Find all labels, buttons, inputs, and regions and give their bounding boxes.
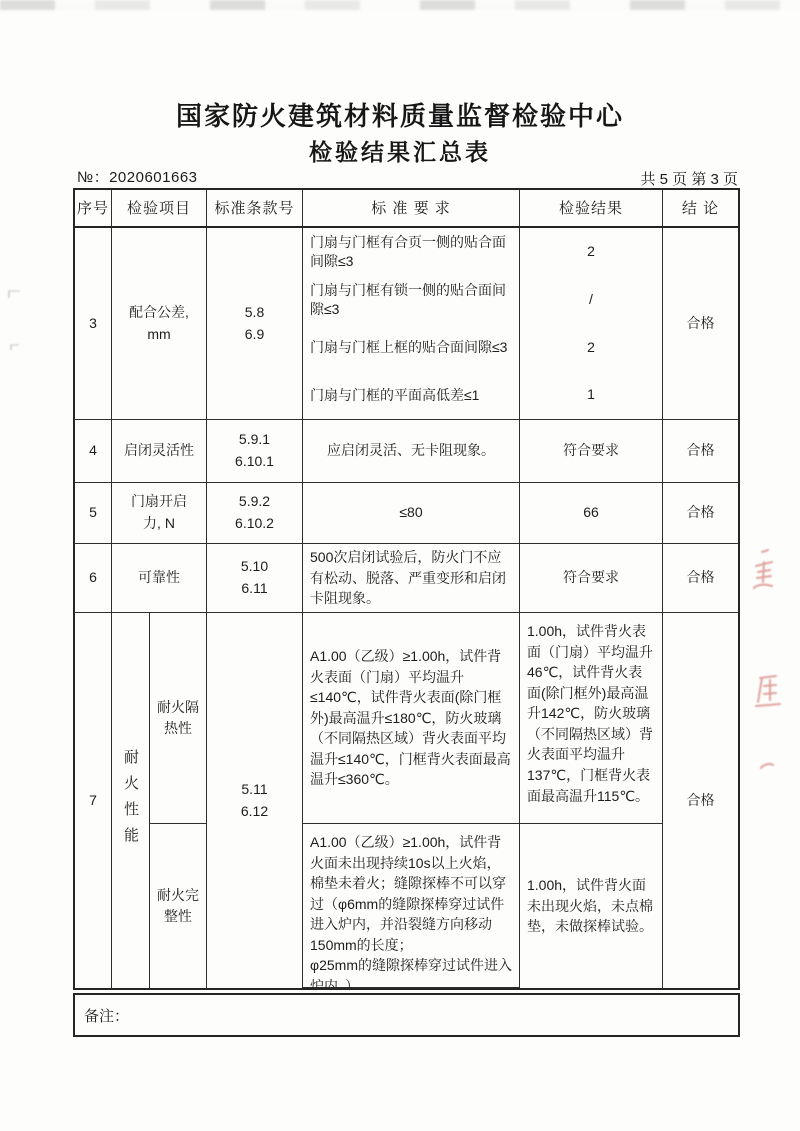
- row7-group-item: 耐火性能: [112, 613, 150, 988]
- document-title: 检验结果汇总表: [0, 134, 800, 167]
- header-conclusion: 结 论: [663, 190, 738, 228]
- header-inspection-item: 检验项目: [112, 190, 207, 228]
- row5-item: 门扇开启 力, N: [112, 483, 207, 544]
- row5-clause: 5.9.2 6.10.2: [207, 483, 303, 544]
- scan-artifact-top: [0, 0, 800, 10]
- row6-clause-line1: 5.10: [241, 556, 268, 578]
- row5-clause-line2: 6.10.2: [235, 513, 274, 535]
- row7-requirement-insulation: A1.00（乙级）≥1.00h，试件背火表面（门扇）平均温升≤140℃，试件背火…: [303, 613, 520, 824]
- organization-title: 国家防火建筑材料质量监督检验中心: [0, 96, 800, 133]
- row3-requirement-1: 门扇与门框有合页一侧的贴合面间隙≤3: [303, 228, 519, 276]
- row3-item-line2: mm: [147, 324, 170, 346]
- row4-requirement: 应启闭灵活、无卡阻现象。: [303, 420, 520, 483]
- row7-clause-line2: 6.12: [241, 801, 268, 823]
- row7-result-insulation: 1.00h，试件背火表面（门扇）平均温升46℃，试件背火表面(除门框外)最高温升…: [520, 613, 663, 824]
- row3-result-1: 2: [520, 228, 662, 276]
- row3-clause-line1: 5.8: [245, 302, 264, 324]
- header-inspection-result: 检验结果: [520, 190, 663, 228]
- stamp-fragment-icon: [750, 672, 786, 728]
- row6-requirement: 500次启闭试验后，防火门不应有松动、脱落、严重变形和启闭卡阻现象。: [303, 544, 520, 613]
- row4-item: 启闭灵活性: [112, 420, 207, 483]
- row7-subitem-integrity: 耐火完整性: [150, 824, 207, 988]
- row3-clause: 5.8 6.9: [207, 228, 303, 420]
- row3-requirements: 门扇与门框有合页一侧的贴合面间隙≤3 门扇与门框有锁一侧的贴合面间隙≤3 门扇与…: [303, 228, 520, 420]
- row3-clause-line2: 6.9: [245, 324, 264, 346]
- row3-results: 2 / 2 1: [520, 228, 663, 420]
- row3-conclusion: 合格: [663, 228, 738, 420]
- row4-clause-line1: 5.9.1: [239, 429, 270, 451]
- row6-conclusion: 合格: [663, 544, 738, 613]
- row3-result-3: 2: [520, 324, 662, 372]
- row3-item: 配合公差, mm: [112, 228, 207, 420]
- row6-item: 可靠性: [112, 544, 207, 613]
- row7-subitem-insulation: 耐火隔热性: [150, 613, 207, 824]
- remark-box: 备注：: [73, 993, 740, 1037]
- header-standard-requirement: 标 准 要 求: [303, 190, 520, 228]
- row4-conclusion: 合格: [663, 420, 738, 483]
- row6-clause: 5.10 6.11: [207, 544, 303, 613]
- row7-result-integrity: 1.00h，试件背火面未出现火焰，未点棉垫，未做探棒试验。: [520, 824, 663, 988]
- row5-clause-line1: 5.9.2: [239, 491, 270, 513]
- row5-requirement: ≤80: [303, 483, 520, 544]
- row3-result-4: 1: [520, 371, 662, 419]
- row4-result: 符合要求: [520, 420, 663, 483]
- row7-requirement-integrity: A1.00（乙级）≥1.00h，试件背火面未出现持续10s以上火焰，棉垫未着火；…: [303, 824, 520, 988]
- stamp-fragment-icon: [748, 548, 782, 612]
- page-counter: 共 5 页 第 3 页: [0, 168, 738, 189]
- scanned-report-page: 国家防火建筑材料质量监督检验中心 检验结果汇总表 №：2020601663 共 …: [0, 0, 800, 1131]
- header-serial-no: 序号: [75, 190, 112, 228]
- row5-serial: 5: [75, 483, 112, 544]
- row7-clause: 5.11 6.12: [207, 613, 303, 988]
- row5-item-line2: 力, N: [143, 513, 175, 535]
- results-table: 序号 检验项目 标准条款号 标 准 要 求 检验结果 结 论 3 配合公差, m…: [73, 188, 740, 990]
- row6-result: 符合要求: [520, 544, 663, 613]
- row7-group-label: 耐火性能: [120, 749, 141, 853]
- remark-label: 备注：: [84, 1005, 129, 1026]
- row7-req2-part1: A1.00（乙级）≥1.00h，试件背火面未出现持续10s以上火焰，棉垫未着火；…: [310, 832, 512, 955]
- row7-conclusion: 合格: [663, 613, 738, 988]
- row7-clause-line1: 5.11: [241, 779, 267, 801]
- row3-serial: 3: [75, 228, 112, 420]
- row5-result: 66: [520, 483, 663, 544]
- row3-requirement-4: 门扇与门框的平面高低差≤1: [303, 371, 519, 419]
- row6-serial: 6: [75, 544, 112, 613]
- row3-requirement-3: 门扇与门框上框的贴合面间隙≤3: [303, 324, 519, 372]
- row4-clause: 5.9.1 6.10.1: [207, 420, 303, 483]
- row5-conclusion: 合格: [663, 483, 738, 544]
- scan-artifact-left-2: [10, 344, 19, 350]
- header-standard-clause: 标准条款号: [207, 190, 303, 228]
- row4-clause-line2: 6.10.1: [235, 451, 274, 473]
- stamp-fragment-icon: [758, 756, 776, 774]
- row3-item-line1: 配合公差,: [129, 302, 189, 324]
- row6-clause-line2: 6.11: [241, 578, 267, 600]
- row3-result-2: /: [520, 276, 662, 324]
- row4-serial: 4: [75, 420, 112, 483]
- row7-serial: 7: [75, 613, 112, 988]
- row7-req2-part2: φ25mm的缝隙探棒穿过试件进入炉内。）。: [310, 955, 512, 988]
- scan-artifact-left-1: [8, 290, 20, 298]
- row3-requirement-2: 门扇与门框有锁一侧的贴合面间隙≤3: [303, 276, 519, 324]
- row5-item-line1: 门扇开启: [131, 491, 187, 513]
